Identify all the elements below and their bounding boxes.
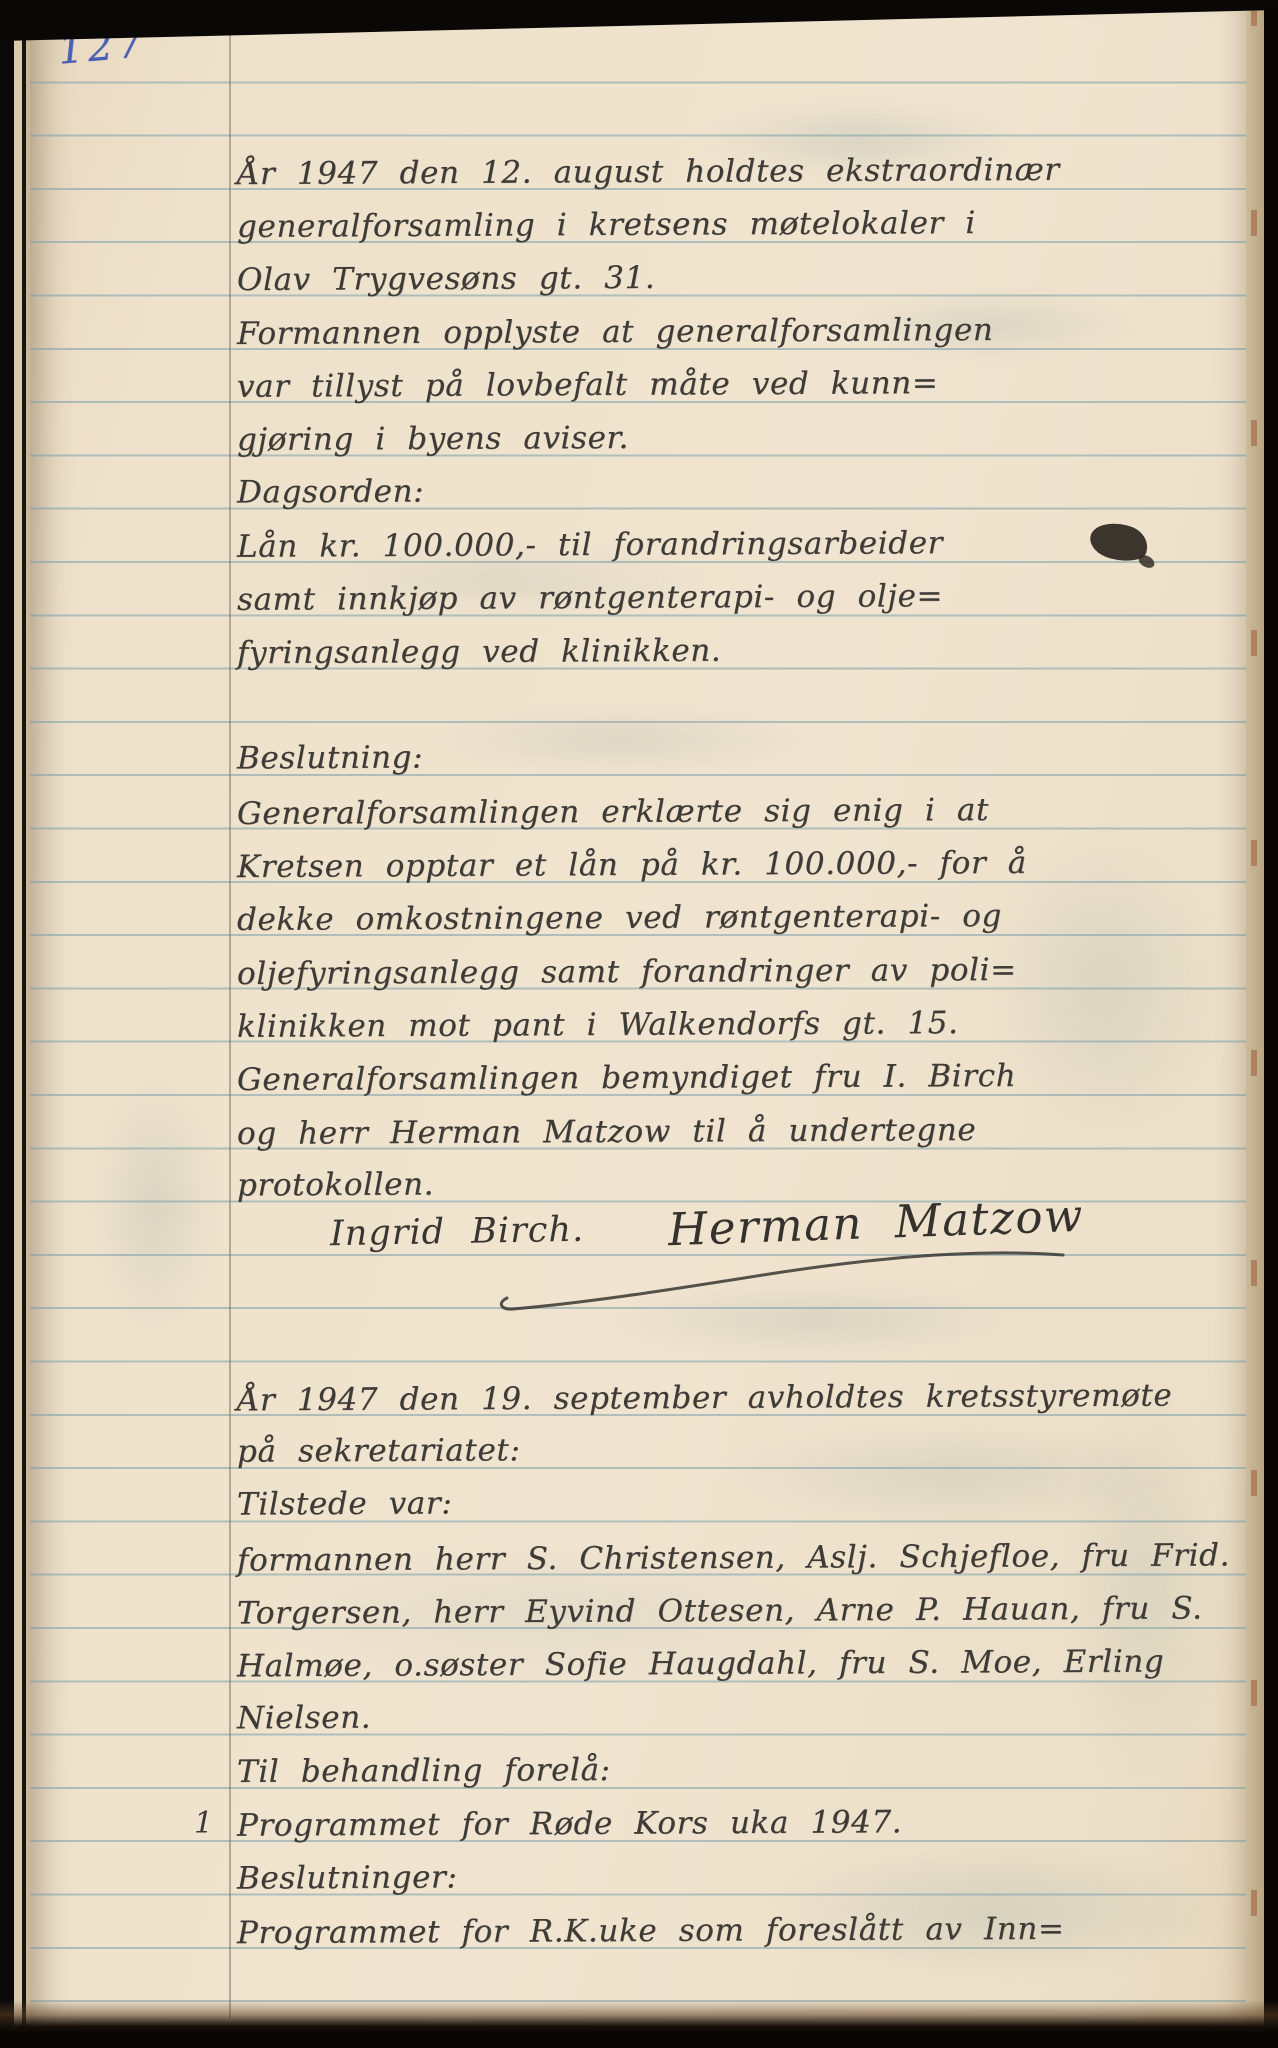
- handwritten-line: Til behandling forelå:: [237, 1752, 611, 1790]
- handwritten-line: Programmet for R.K.uke som foreslått av …: [237, 1911, 1065, 1951]
- handwritten-line: Tilstede var:: [237, 1485, 453, 1522]
- photo-edge-bottom: [0, 2000, 1278, 2048]
- agenda-item-number: 1: [194, 1806, 213, 1841]
- handwritten-line: fyringsanlegg ved klinikken.: [237, 633, 721, 672]
- handwritten-line: på sekretariatet:: [237, 1432, 521, 1469]
- handwritten-line: Lån kr. 100.000,- til forandringsarbeide…: [237, 525, 943, 565]
- handwritten-line: År 1947 den 12. august holdtes ekstraord…: [237, 152, 1060, 192]
- handwritten-line: oljefyringsanlegg samt forandringer av p…: [237, 952, 1017, 992]
- handwritten-line: Beslutninger:: [237, 1859, 458, 1896]
- handwritten-line: og herr Herman Matzow til å undertegne: [237, 1112, 976, 1152]
- handwritten-line: Generalforsamlingen erklærte sig enig i …: [237, 792, 989, 832]
- handwritten-line: Halmøe, o.søster Sofie Haugdahl, fru S. …: [237, 1644, 1164, 1685]
- scanned-protocol-page: 127 År 1947 den 12. august holdtes ekstr…: [0, 0, 1278, 2048]
- handwritten-line: formannen herr S. Christensen, Aslj. Sch…: [237, 1537, 1230, 1578]
- handwritten-line: Generalforsamlingen bemyndiget fru I. Bi…: [237, 1058, 1016, 1098]
- handwritten-line: var tillyst på lovbefalt måte ved kunn=: [237, 365, 939, 405]
- handwritten-line: Formannen opplyste at generalforsamlinge…: [237, 312, 994, 352]
- handwritten-line: generalforsamling i kretsens møtelokaler…: [237, 205, 976, 245]
- handwritten-line: Torgersen, herr Eyvind Ottesen, Arne P. …: [237, 1590, 1203, 1631]
- handwritten-line: protokollen.: [237, 1166, 434, 1203]
- binding-stitches: [1251, 0, 1257, 2048]
- margin-rule: [229, 26, 231, 2018]
- handwritten-line: Nielsen.: [237, 1700, 371, 1737]
- handwritten-line: Kretsen opptar et lån på kr. 100.000,- f…: [237, 845, 1027, 885]
- handwritten-line: samt innkjøp av røntgenterapi- og olje=: [237, 578, 943, 618]
- handwritten-line: klinikken mot pant i Walkendorfs gt. 15.: [237, 1005, 959, 1045]
- handwritten-line: dekke omkostningene ved røntgenterapi- o…: [237, 898, 1002, 938]
- handwritten-line: År 1947 den 19. september avholdtes kret…: [237, 1378, 1172, 1419]
- photo-edge-right: [1264, 0, 1278, 2048]
- book-spine-edge: [0, 0, 30, 2048]
- handwritten-line: Olav Trygvesøns gt. 31.: [237, 260, 655, 298]
- handwritten-line: Dagsorden:: [237, 474, 424, 511]
- handwritten-line: Programmet for Røde Kors uka 1947.: [237, 1804, 902, 1843]
- signature-flourish: [485, 1240, 1075, 1318]
- handwritten-line: gjøring i byens aviser.: [237, 420, 629, 458]
- handwritten-line: Beslutning:: [237, 740, 423, 777]
- paper-page: 127 År 1947 den 12. august holdtes ekstr…: [30, 0, 1246, 2048]
